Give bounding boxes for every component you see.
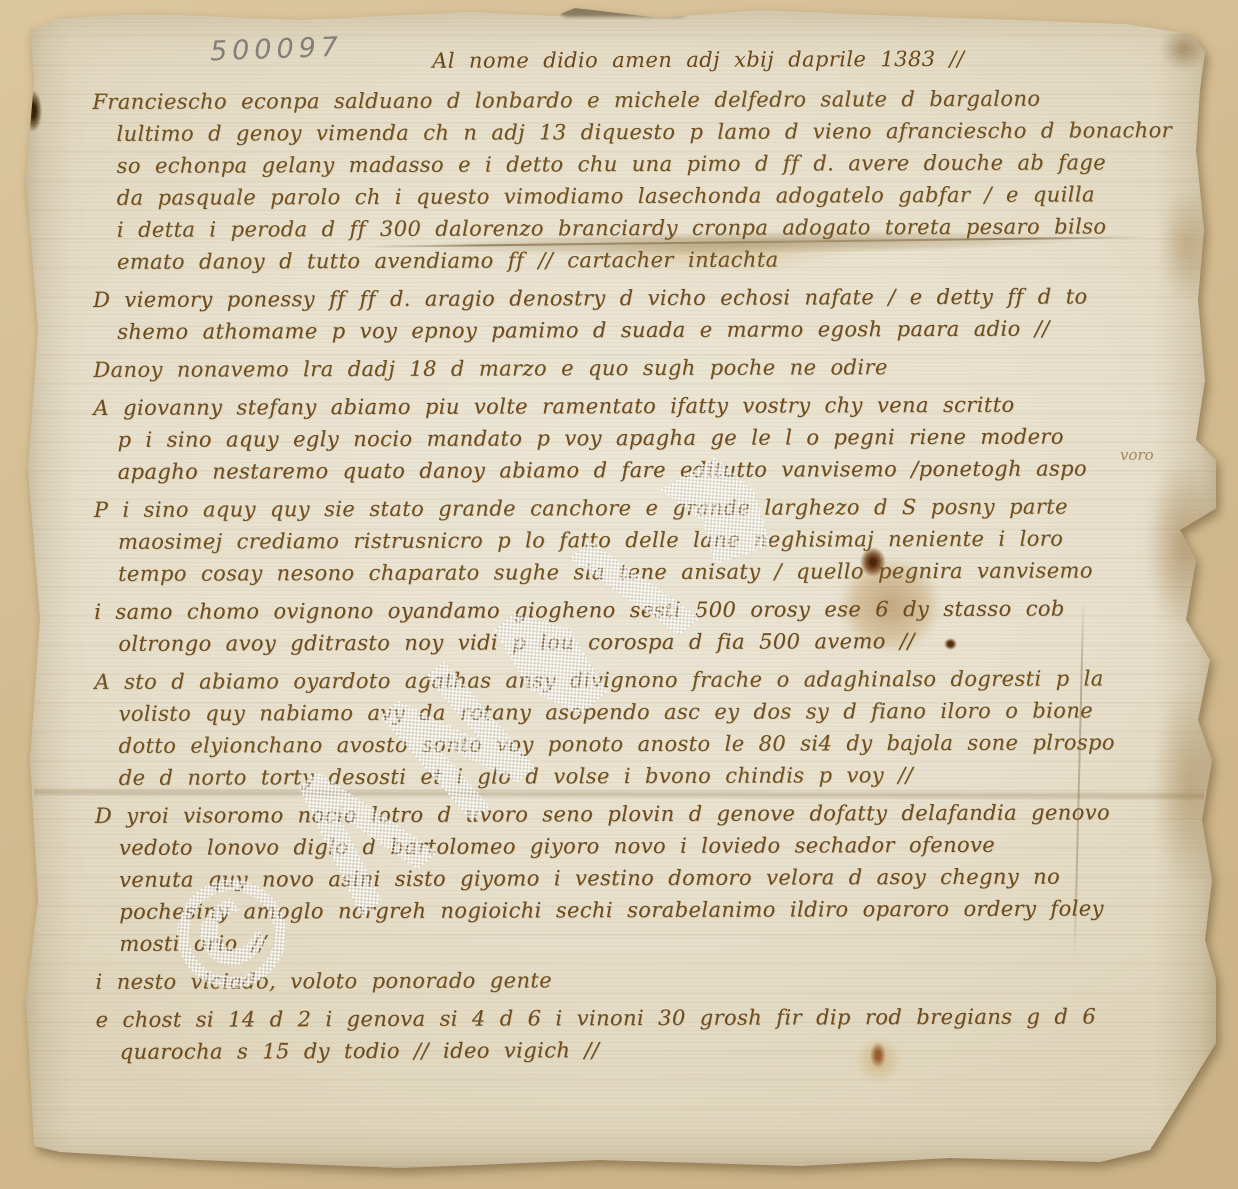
center-ink-stain <box>825 545 955 665</box>
paragraph: A sto d abiamo oyardoto agathas ansy div… <box>94 662 1204 794</box>
top-fold-crease <box>330 223 1180 263</box>
invocation-date-line: Al nome didio amen adj xbij daprile 1383… <box>432 42 1202 77</box>
bottom-stain-core <box>870 1042 886 1068</box>
top-edge-damage <box>558 6 690 17</box>
manuscript-line: D yroi visoromo nocio lotro d uvoro seno… <box>95 796 1205 832</box>
manuscript-line: Franciescho econpa salduano d lonbardo e… <box>92 82 1202 118</box>
manuscript-line: oltrongo avoy gditrasto noy vidi p lou c… <box>118 624 1204 660</box>
fold-discoloration <box>544 234 884 274</box>
manuscript-line: da pasquale parolo ch i questo vimodiamo… <box>117 178 1203 214</box>
pencil-archive-number: 500097 <box>209 32 343 68</box>
manuscript-line: Danoy nonavemo lra dadj 18 d marzo e quo… <box>93 350 1203 386</box>
manuscript-line: p i sino aquy egly nocio mandato p voy a… <box>118 420 1204 456</box>
manuscript-line: so echonpa gelany madasso e i detto chu … <box>117 146 1203 182</box>
manuscript-line: volisto quy nabiamo avy da rotany asopen… <box>118 694 1204 730</box>
manuscript-line: pochesiny amoglo norgreh nogioichi sechi… <box>119 892 1205 928</box>
right-edge-stain <box>1144 656 1234 916</box>
manuscript-line: de d norto torty desosti et i glo d vols… <box>119 758 1205 794</box>
paragraph: i samo chomo ovignono oyandamo giogheno … <box>94 592 1204 660</box>
small-ink-dot <box>944 638 957 650</box>
manuscript-line: i detta i peroda d ff 300 dalorenzo bran… <box>117 210 1203 246</box>
top-right-corner-stain <box>1154 22 1214 76</box>
paragraph: Danoy nonavemo lra dadj 18 d marzo e quo… <box>93 350 1203 386</box>
manuscript-line: A sto d abiamo oyardoto agathas ansy div… <box>94 662 1204 698</box>
paragraph: P i sino aquy quy sie stato grande canch… <box>94 490 1204 590</box>
letter-paper: 500097 Al nome didio amen adj xbij dapri… <box>24 6 1216 1176</box>
vertical-crack <box>1074 600 1085 960</box>
manuscript-line: shemo athomame p voy epnoy pamimo d suad… <box>117 312 1203 348</box>
manuscript-line: D viemory ponessy ff ff d. aragio denost… <box>93 280 1203 316</box>
manuscript-line: i nesto viciado, voloto ponorado gente <box>95 962 1205 998</box>
manuscript-line: apagho nestaremo quato danoy abiamo d fa… <box>118 452 1204 488</box>
paragraph: D yroi visoromo nocio lotro d uvoro seno… <box>95 796 1206 960</box>
manuscript-line: P i sino aquy quy sie stato grande canch… <box>94 490 1204 526</box>
manuscript-line: mosti orio // <box>119 924 1205 960</box>
paragraph: i nesto viciado, voloto ponorado gente <box>95 962 1205 998</box>
manuscript-line: tempo cosay nesono chaparato sughe sia t… <box>118 554 1204 590</box>
paragraph: Franciescho econpa salduano d lonbardo e… <box>92 82 1203 278</box>
manuscript-line: quarocha s 15 dy todio // ideo vigich // <box>120 1032 1206 1068</box>
manuscript-line: emato danoy d tutto avendiamo ff // cart… <box>117 242 1203 278</box>
right-edge-stain <box>1134 436 1234 656</box>
manuscript-line: i samo chomo ovignono oyandamo giogheno … <box>94 592 1204 628</box>
manuscript-line: vedoto lonovo diglo d bartolomeo giyoro … <box>119 828 1205 864</box>
left-edge-ink-blot <box>24 90 42 132</box>
manuscript-line: maosimej crediamo ristrusnicro p lo fatt… <box>118 522 1204 558</box>
manuscript-line: lultimo d genoy vimenda ch n adj 13 diqu… <box>116 114 1202 150</box>
center-ink-stain-core <box>860 547 886 577</box>
bottom-stain <box>850 1032 908 1088</box>
middle-fold-crease <box>34 787 1204 801</box>
paragraph: e chost si 14 d 2 i genova si 4 d 6 i vi… <box>96 1000 1206 1068</box>
manuscript-line: dotto elyionchano avosto sonto voy ponot… <box>119 726 1205 762</box>
paper-sheet: 500097 Al nome didio amen adj xbij dapri… <box>24 6 1216 1176</box>
manuscript-line: e chost si 14 d 2 i genova si 4 d 6 i vi… <box>96 1000 1206 1036</box>
manuscript-line: venuta quy novo asini sisto giyomo i ves… <box>119 860 1205 896</box>
paragraph: D viemory ponessy ff ff d. aragio denost… <box>93 280 1203 348</box>
corner-fold-line <box>1181 1007 1238 1162</box>
right-edge-stain <box>1152 176 1222 316</box>
scan-background: { "manuscript": { "archive_number": "500… <box>0 0 1238 1189</box>
interline-correction: voro <box>1120 446 1154 464</box>
manuscript-line: A giovanny stefany abiamo piu volte rame… <box>93 388 1203 424</box>
paragraph: A giovanny stefany abiamo piu volte rame… <box>93 388 1203 488</box>
manuscript-text: Al nome didio amen adj xbij daprile 1383… <box>92 42 1206 1074</box>
